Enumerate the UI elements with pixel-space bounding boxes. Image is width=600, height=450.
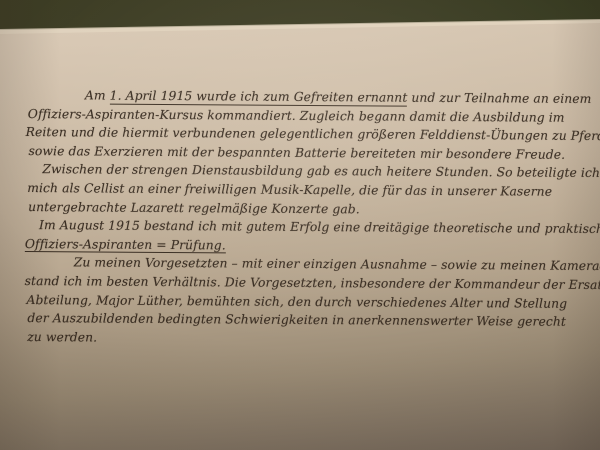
text-segment: zu werden. [27,330,97,344]
text-segment: stand ich im besten Verhältnis. Die Vorg… [25,274,600,292]
photographed-manuscript-page: Am 1. April 1915 wurde ich zum Gefreiten… [0,0,600,450]
text-segment: Offiziers-Aspiranten-Kursus kommandiert.… [28,107,565,125]
text-segment: Abteilung, Major Lüther, bemühten sich, … [26,293,567,311]
text-segment: Zwischen der strengen Dienstausbildung g… [42,162,600,180]
text-segment: Reiten und die hiermit verbundenen geleg… [26,125,600,143]
manuscript-line: der Auszubildenden bedingten Schwierigke… [24,309,590,332]
manuscript-text: Am 1. April 1915 wurde ich zum Gefreiten… [24,86,592,350]
text-segment: der Auszubildenden bedingten Schwierigke… [27,311,566,329]
text-segment: Zu meinen Vorgesetzten – mit einer einzi… [74,256,600,274]
text-segment: Im August 1915 bestand ich mit gutem Erf… [39,218,600,236]
text-segment: sowie das Exerzieren mit der bespannten … [28,144,565,162]
text-segment: Am [85,88,110,102]
underlined-text-segment: Offiziers-Aspiranten = Prüfung. [25,237,226,254]
text-segment: mich als Cellist an einer freiwilligen M… [27,181,552,199]
manuscript-line: zu werden. [24,328,590,351]
underlined-text-segment: 1. April 1915 wurde ich zum Gefreiten er… [110,89,408,107]
text-segment: untergebrachte Lazarett regelmäßige Konz… [28,200,360,216]
text-segment: und zur Teilnahme an einem [407,91,591,106]
